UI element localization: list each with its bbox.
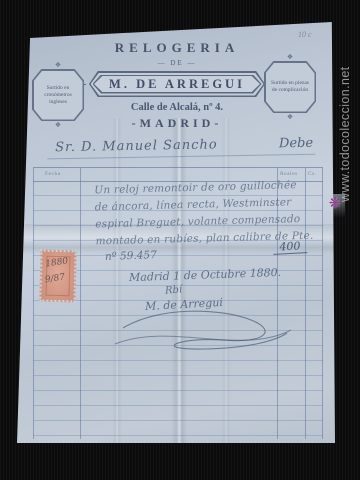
customer-line: Sr. D. Manuel Sancho Debe [47,136,319,141]
badge-finial-icon: ❖ [31,62,85,68]
corner-price-mark: 10 c [298,30,312,39]
customer-name-handwritten: Sr. D. Manuel Sancho [55,137,218,155]
owner-name: M. DE ARREGUI [109,77,245,92]
column-header-reales: Reales [280,171,298,177]
table-column-line [305,168,306,439]
photo-of-invoice: 10 c RELOGERIA — DE — M. DE ARREGUI Call… [0,0,360,480]
column-header-cs: Cs. [308,171,317,177]
left-badge-text: Surtido en cronómetros ingleses [37,85,80,106]
watch-serial-number: nº 59.457 [105,249,157,263]
right-badge-text: Surtido en piezas de complicación [269,80,312,94]
recibi-abbreviation: Rbí [165,284,183,296]
table-column-line [33,168,34,439]
column-header-fecha: Fecha [45,171,61,177]
debe-label-handwritten: Debe [279,136,313,152]
signature-flourish [109,304,299,362]
owner-name-banner: M. DE ARREGUI [89,71,265,97]
badge-finial-icon: ❖ [31,122,85,128]
invoice-paper: 10 c RELOGERIA — DE — M. DE ARREGUI Call… [17,22,335,443]
badge-finial-icon: ❖ [263,114,317,120]
todocoleccion-watermark: www.todocoleccion.net [333,6,357,202]
handwritten-entry: Un reloj remontoir de oro guillochée de … [94,178,281,251]
left-ornament-badge: ❖ Surtido en cronómetros ingleses ❖ [31,62,85,128]
amount-value: 400 [273,239,308,255]
badge-finial-icon: ❖ [263,54,317,60]
table-column-line [80,168,81,439]
revenue-stamp: 1880 9/87 [39,250,76,303]
todocoleccion-logo-icon: ❋ [325,194,345,228]
right-ornament-badge: ❖ Surtido en piezas de complicación ❖ [263,54,317,120]
table-column-line [322,168,323,439]
